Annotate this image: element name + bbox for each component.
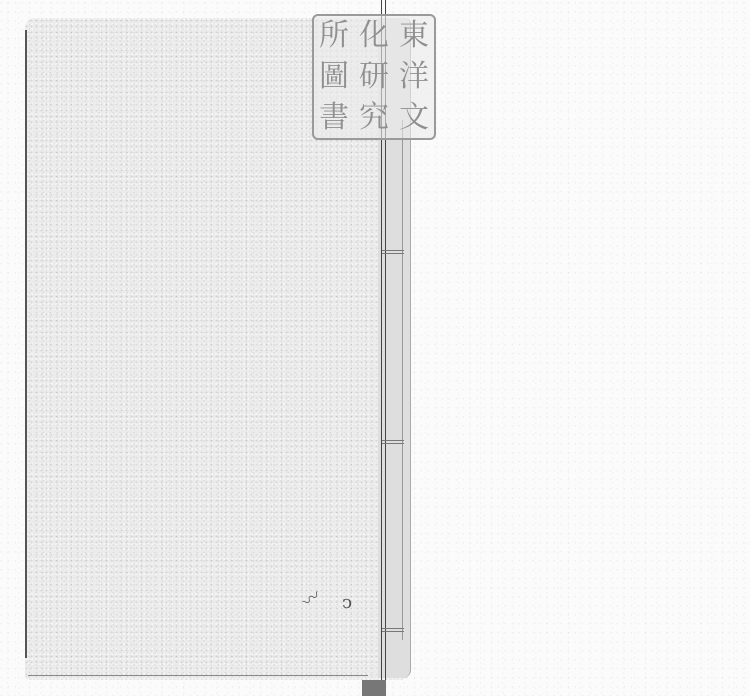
seal-char: 究: [354, 97, 394, 138]
binding-line-inner: [402, 120, 403, 640]
cover-left-edge: [25, 30, 27, 658]
cover-bottom-edge: [28, 675, 368, 676]
seal-char: 所: [314, 16, 354, 57]
scan-shadow: [362, 680, 386, 696]
seal-char: 東: [394, 16, 434, 57]
seal-char: 洋: [394, 57, 434, 98]
seal-char: 書: [314, 97, 354, 138]
seal-char: 文: [394, 97, 434, 138]
seal-char: 化: [354, 16, 394, 57]
seal-char: 圖: [314, 57, 354, 98]
seal-char: 研: [354, 57, 394, 98]
thread-stitch: [382, 440, 404, 444]
thread-stitch: [382, 250, 404, 254]
stain-mark: ↄ: [342, 592, 352, 613]
library-seal-stamp: 東 洋 文 化 研 究 所 圖 書: [312, 14, 436, 140]
thread-stitch: [382, 628, 404, 632]
